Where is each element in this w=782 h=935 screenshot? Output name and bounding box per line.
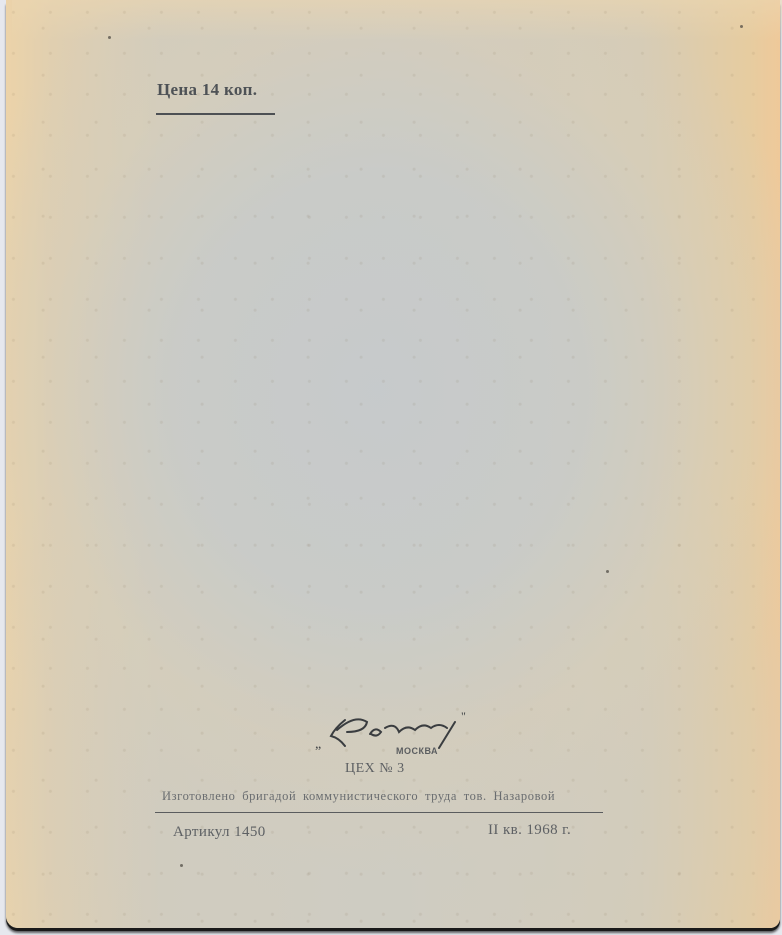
print-date: II кв. 1968 г.: [488, 822, 571, 839]
svg-text:„: „: [315, 737, 321, 752]
paper-speck: [740, 25, 743, 28]
price-underline: [156, 113, 275, 115]
publisher-city: МОСКВА: [396, 746, 438, 756]
paper-speck: [108, 36, 111, 39]
paper-speck: [606, 570, 609, 573]
workshop-number: ЦЕХ № 3: [345, 761, 405, 777]
price-label: Цена 14 коп.: [157, 80, 257, 100]
paper-speck: [180, 864, 183, 867]
voskhod-signature-icon: „ ": [315, 708, 475, 758]
svg-text:": ": [461, 709, 466, 723]
article-number: Артикул 1450: [173, 824, 266, 841]
publisher-logo: „ ": [315, 708, 475, 758]
aged-edge: [12, 0, 782, 40]
imprint-divider: [155, 812, 603, 813]
made-by-text: Изготовлено бригадой коммунистического т…: [162, 789, 555, 804]
